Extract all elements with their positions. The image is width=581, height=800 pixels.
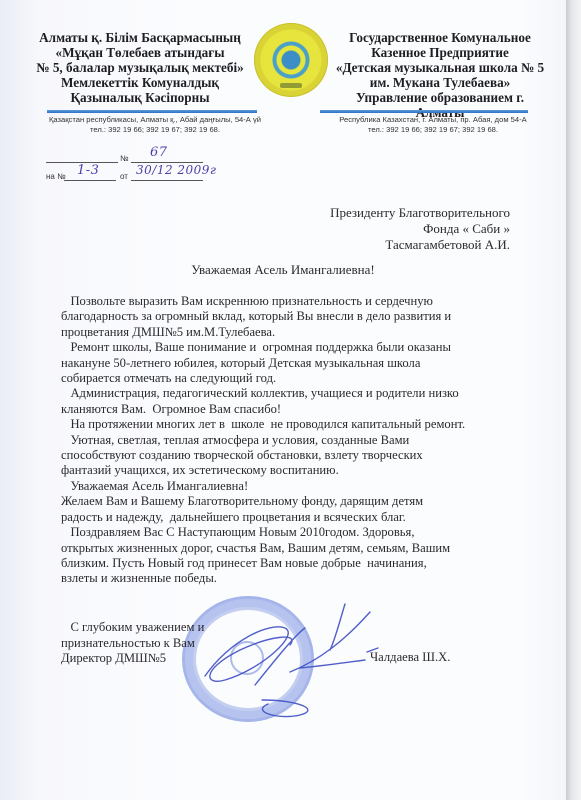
letterhead-line: Мемлекеттік Комуналдық (30, 75, 250, 90)
date-label: от (120, 172, 128, 181)
body-line: собирается отмечать на следующий год. (61, 371, 551, 386)
letter-body: Позвольте выразить Вам искреннюю признат… (61, 294, 551, 587)
scan-edge (566, 0, 581, 800)
state-emblem-icon (254, 23, 328, 97)
letterhead-line: Қазыналық Кәсіпорны (30, 90, 250, 105)
signer-name: Чалдаева Ш.Х. (370, 650, 450, 665)
body-line: способствуют созданию творческой обстано… (61, 448, 551, 463)
closing-block: С глубоким уважением и признательностью … (61, 620, 204, 667)
body-line: накануне 50-летнего юбилея, который Детс… (61, 356, 551, 371)
letterhead-line: им. Мукана Тулебаева» (330, 75, 550, 90)
in-reply-number: 1-3 (77, 163, 99, 178)
body-line: Уважаемая Асель Имангалиевна! (61, 479, 551, 494)
letterhead-kazakh: Алматы қ. Білім Басқармасының «Мұқан Төл… (30, 30, 250, 105)
body-line: кланяются Вам. Огромное Вам спасибо! (61, 402, 551, 417)
letterhead-russian: Государственное Комунальное Казенное Пре… (330, 30, 550, 120)
letterhead-line: «Детская музыкальная школа № 5 (330, 60, 550, 75)
body-line: Ремонт школы, Ваше понимание и огромная … (61, 340, 551, 355)
letterhead-line: «Мұқан Төлебаев атындағы (30, 45, 250, 60)
letter-date: 30/12 2009г (136, 163, 217, 177)
body-line: Администрация, педагогический коллектив,… (61, 386, 551, 401)
letterhead-rule (47, 110, 257, 113)
body-line: фантазий учащихся, их эстетическому восп… (61, 463, 551, 478)
number-label: № (120, 154, 129, 163)
body-line: радость и надежду, дальнейшего процветан… (61, 510, 551, 525)
address-line: тел.: 392 19 66; 392 19 67; 392 19 68. (40, 125, 270, 135)
in-reply-label: на № (46, 172, 66, 181)
address-russian: Республика Казахстан, г. Алматы, пр. Аба… (318, 115, 548, 134)
letterhead-line: Казенное Предприятие (330, 45, 550, 60)
body-line: Поздравляем Вас С Наступающим Новым 2010… (61, 525, 551, 540)
closing-line: Директор ДМШ№5 (61, 651, 204, 667)
body-line: благодарность за огромный вклад, который… (61, 309, 551, 324)
outgoing-number: 67 (150, 145, 168, 160)
in-reply-underline (64, 180, 116, 181)
closing-line: признательностью к Вам (61, 636, 204, 652)
address-line: Қазақстан республикасы, Алматы қ., Абай … (40, 115, 270, 125)
body-line: открытых жизненных дорог, счастья Вам, В… (61, 541, 551, 556)
letterhead-rule (320, 110, 528, 113)
address-line: Республика Казахстан, г. Алматы, пр. Аба… (318, 115, 548, 125)
letterhead-line: Государственное Комунальное (330, 30, 550, 45)
recipient-line: Тасмагамбетовой А.И. (300, 237, 510, 253)
body-line: близким. Пусть Новый год принесет Вам но… (61, 556, 551, 571)
body-line: Уютная, светлая, теплая атмосфера и усло… (61, 433, 551, 448)
body-line: Желаем Вам и Вашему Благотворительному ф… (61, 494, 551, 509)
letterhead-line: № 5, балалар музықалық мектебі» (30, 60, 250, 75)
letterhead-line: Алматы қ. Білім Басқармасының (30, 30, 250, 45)
date-underline (131, 180, 203, 181)
closing-line: С глубоким уважением и (61, 620, 204, 636)
body-line: процветания ДМШ№5 им.М.Тулебаева. (61, 325, 551, 340)
body-line: Позвольте выразить Вам искреннюю признат… (61, 294, 551, 309)
recipient-block: Президенту Благотворительного Фонда « Са… (300, 205, 510, 253)
salutation: Уважаемая Асель Имангалиевна! (0, 262, 566, 278)
body-line: На протяжении многих лет в школе не пров… (61, 417, 551, 432)
recipient-line: Фонда « Саби » (300, 221, 510, 237)
address-line: тел.: 392 19 66; 392 19 67; 392 19 68. (318, 125, 548, 135)
address-kazakh: Қазақстан республикасы, Алматы қ., Абай … (40, 115, 270, 134)
body-line: взлеты и жизненные победы. (61, 571, 551, 586)
recipient-line: Президенту Благотворительного (300, 205, 510, 221)
